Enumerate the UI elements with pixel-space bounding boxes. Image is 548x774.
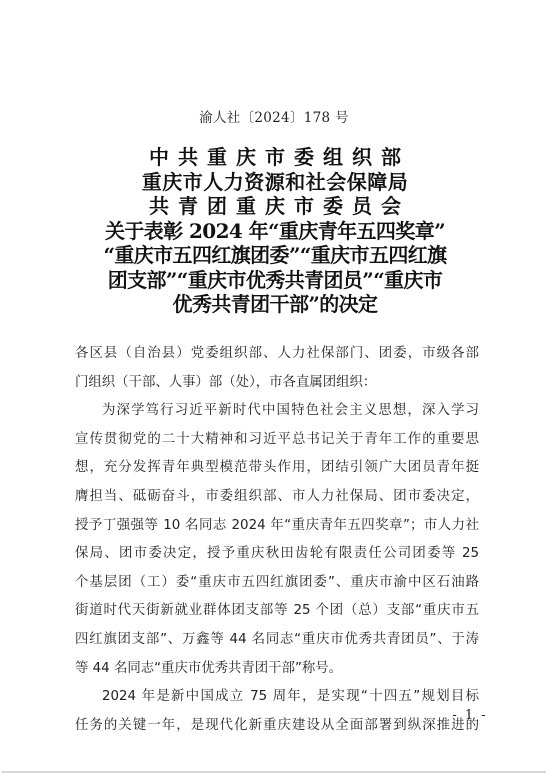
page-edge-divider — [2, 771, 546, 773]
paragraph-line: 街道时代天街新就业群体团支部等 25 个团（总）支部“重庆市五 — [75, 597, 479, 626]
paragraph-line: 任务的关键一年，是现代化新重庆建设从全面部署到纵深推进的 — [75, 712, 479, 741]
paragraph-line: 等 44 名同志“重庆市优秀共青团干部”称号。 — [75, 655, 479, 684]
paragraph-line: 授予丁强强等 10 名同志 2024 年“重庆青年五四奖章”；市人力社 — [75, 512, 479, 541]
document-body: 各区县（自治县）党委组织部、人力社保部门、团委，市级各部 门组织（干部、人事）部… — [75, 340, 479, 740]
paragraph-line: 膺担当、砥砺奋斗，市委组织部、市人力社保局、团市委决定， — [75, 483, 479, 512]
document-number: 渝人社〔2024〕178 号 — [0, 106, 548, 126]
paragraph-line: 2024 年是新中国成立 75 周年，是实现“十四五”规划目标 — [75, 683, 479, 712]
paragraph-line: 宣传贯彻党的二十大精神和习近平总书记关于青年工作的重要思 — [75, 426, 479, 455]
paragraph-line: 为深学笃行习近平新时代中国特色社会主义思想，深入学习 — [75, 397, 479, 426]
paragraph-line: 保局、团市委决定，授予重庆秋田齿轮有限责任公司团委等 25 — [75, 540, 479, 569]
salutation-line: 各区县（自治县）党委组织部、人力社保部门、团委，市级各部 — [75, 340, 479, 369]
title-line-1: 关于表彰 2024 年“重庆青年五四奖章” — [60, 219, 490, 244]
document-page: 渝人社〔2024〕178 号 中共重庆市委组织部 重庆市人力资源和社会保障局 共… — [0, 0, 548, 771]
page-number: - 1 - — [440, 708, 500, 723]
paragraph-line: 四红旗团支部”、万鑫等 44 名同志“重庆市优秀共青团员”、于涛 — [75, 626, 479, 655]
issuer-line-1: 中共重庆市委组织部 — [60, 145, 490, 170]
title-line-3: 团支部”“重庆市优秀共青团员”“重庆市 — [60, 268, 490, 293]
title-line-4: 优秀共青团干部”的决定 — [60, 292, 490, 317]
issuer-line-3: 共青团重庆市委员会 — [60, 194, 490, 219]
salutation-line: 门组织（干部、人事）部（处），市各直属团组织： — [75, 369, 479, 398]
document-title-block: 中共重庆市委组织部 重庆市人力资源和社会保障局 共青团重庆市委员会 关于表彰 2… — [60, 145, 490, 317]
title-line-2: “重庆市五四红旗团委”“重庆市五四红旗 — [60, 243, 490, 268]
paragraph-line: 个基层团（工）委“重庆市五四红旗团委”、重庆市渝中区石油路 — [75, 569, 479, 598]
paragraph-line: 想，充分发挥青年典型模范带头作用，团结引领广大团员青年挺 — [75, 454, 479, 483]
issuer-line-2: 重庆市人力资源和社会保障局 — [60, 170, 490, 195]
